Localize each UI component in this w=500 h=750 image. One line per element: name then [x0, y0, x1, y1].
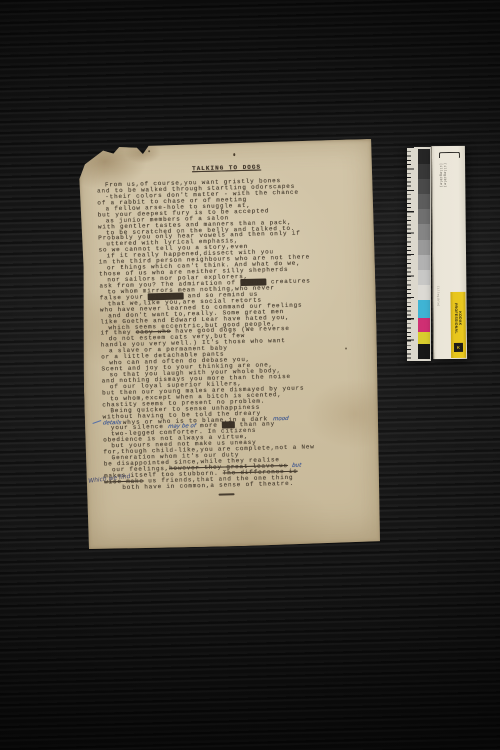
paper-speck: [121, 265, 123, 267]
card-microtext-side: [illegible]: [436, 286, 440, 330]
yellow-patch: [418, 332, 430, 344]
paper-speck: [345, 347, 347, 349]
magenta-patch: [418, 318, 430, 332]
gray-step-patch: [418, 194, 430, 209]
handwritten-correction: but: [292, 464, 302, 470]
poem-title: TALKING TO DOGS: [97, 161, 357, 174]
gray-step-patch: [418, 255, 430, 270]
poem-body: From us,of course,you want gristly bones…: [97, 176, 366, 491]
ink-mark: [91, 416, 101, 424]
gray-step-patch: [418, 240, 430, 255]
gray-step-patch: [418, 224, 430, 239]
handwritten-correction: details: [102, 420, 123, 426]
card-microtext: [illegible] [illegible]: [439, 163, 447, 203]
calibration-ruler-strip: [407, 147, 431, 361]
ruler-major-ticks: [407, 147, 414, 361]
typescript-page: TALKING TO DOGS From us,of course,you wa…: [78, 139, 382, 550]
handwritten-correction: mood: [272, 416, 288, 422]
gray-step-patch: [418, 164, 430, 179]
label-logo-square: K: [454, 343, 463, 352]
cyan-patch: [418, 300, 430, 318]
patch-stack: [418, 149, 430, 359]
paper-speck: [233, 153, 235, 156]
gray-step-patch: [418, 270, 430, 285]
reference-card: [illegible] [illegible] [illegible] KODA…: [431, 146, 467, 359]
gray-step-patch: [418, 149, 430, 164]
black-patch: [418, 344, 430, 359]
gray-step-patch: [418, 179, 430, 194]
yellow-label-text: KODAK PROFESSIONAL: [453, 293, 462, 343]
bracket-mark: [439, 152, 460, 158]
gray-step-patch: [418, 285, 430, 300]
gray-step-patch: [418, 209, 430, 224]
paper-speck: [148, 150, 150, 152]
end-rule: [219, 493, 235, 495]
yellow-label: KODAK PROFESSIONAL K: [450, 292, 466, 358]
